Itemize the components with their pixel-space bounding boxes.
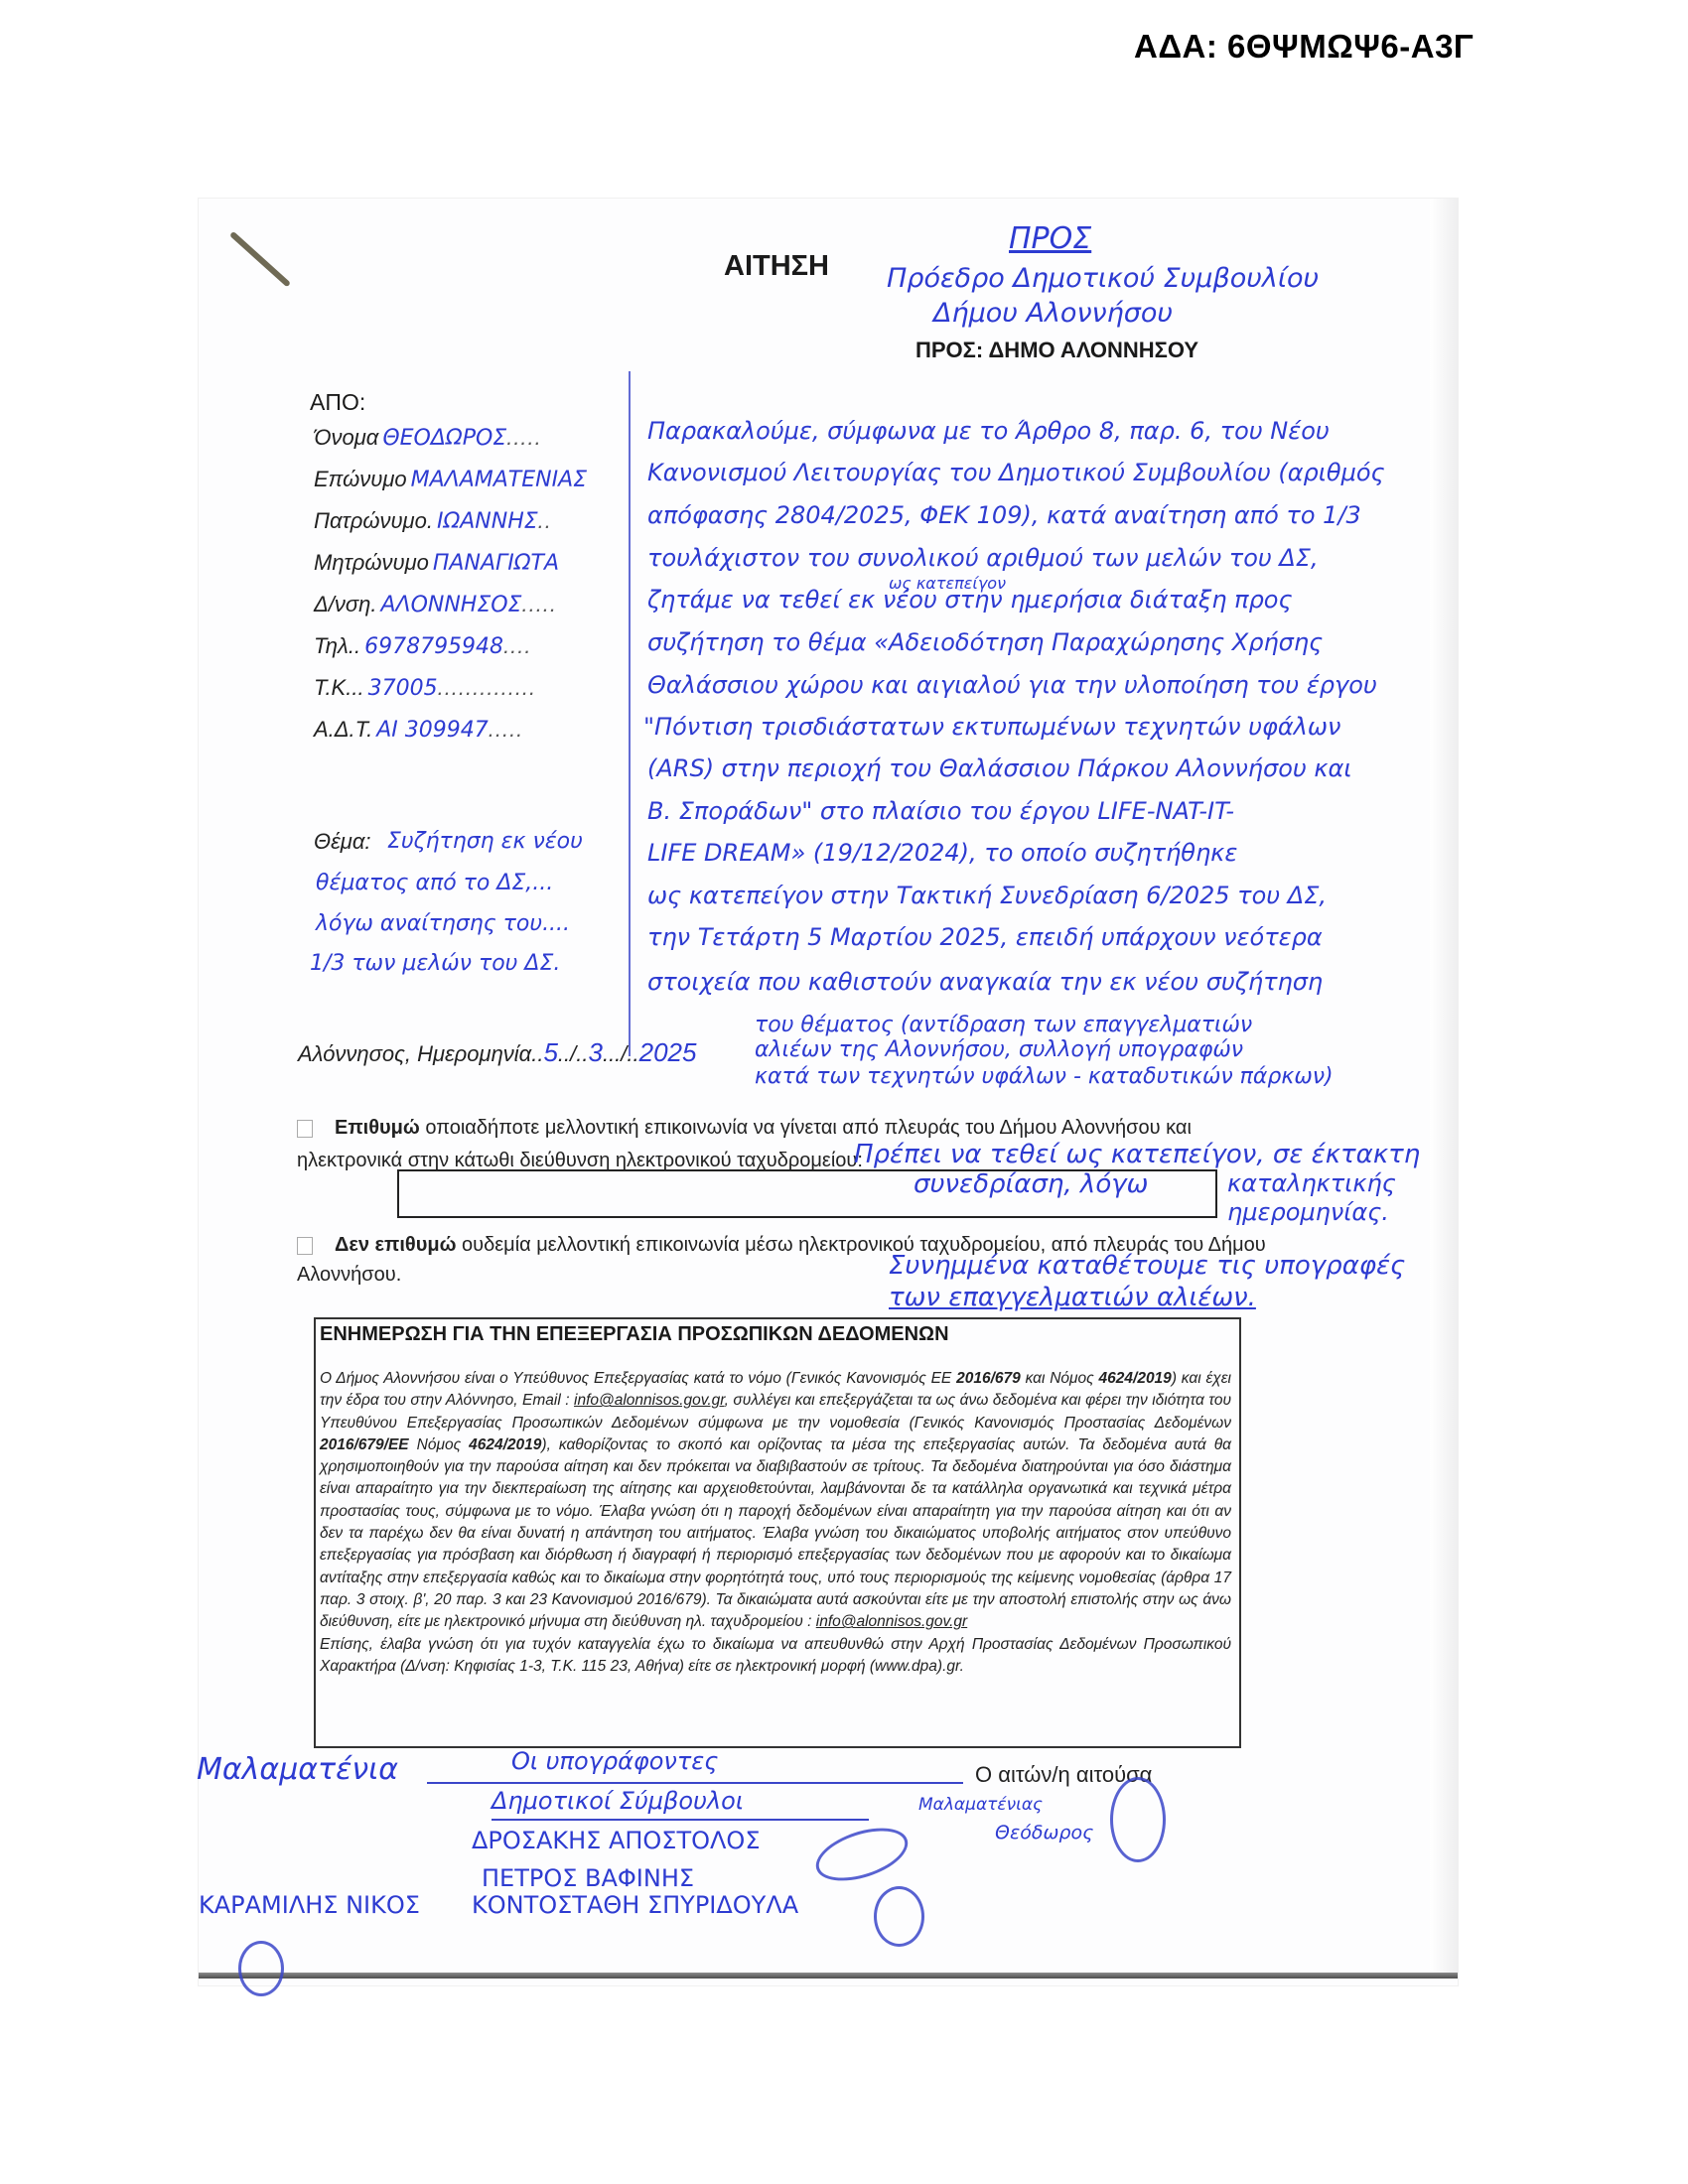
option-want-text: οποιαδήποτε μελλοντική επικοινωνία να γί… (420, 1117, 1192, 1139)
gdpr-text: Ο Δήμος Αλοννήσου είναι ο Υπεύθυνος Επεξ… (320, 1368, 1231, 1678)
applicant-field: Δ/νση.ΑΛΟΝΝΗΣΟΣ..... (314, 592, 557, 617)
signer-name: ΠΕΤΡΟΣ ΒΑΦΙΝΗΣ (482, 1864, 694, 1892)
recipient-handwritten-line: Πρόεδρο Δημοτικού Συμβουλίου (887, 263, 1319, 294)
column-divider (629, 371, 631, 1056)
option-want-bold: Επιθυμώ (335, 1117, 420, 1139)
date-day: 5 (543, 1037, 557, 1067)
option-no-email-line2: Αλοννήσου. (297, 1264, 401, 1287)
body-line: στοιχεία που καθιστούν αναγκαία την εκ ν… (647, 968, 1323, 996)
signer-signature-mark (874, 1886, 924, 1947)
applicant-field: ΌνομαΘΕΟΔΩΡΟΣ..... (314, 425, 542, 451)
signer-signature: Μαλαματένια (197, 1752, 398, 1787)
field-dots: ..... (506, 425, 542, 450)
field-value[interactable]: 37005 (368, 676, 438, 701)
from-label: ΑΠΟ: (310, 389, 365, 416)
body-insertion: ως κατεπείγον (889, 574, 1006, 593)
body-line: LIFE DREAM» (19/12/2024), το οποίο συζητ… (647, 839, 1237, 867)
applicant-signature-line: Θεόδωρος (995, 1822, 1093, 1843)
signer-name: ΔΡΟΣΑΚΗΣ ΑΠΟΣΤΟΛΟΣ (472, 1827, 760, 1854)
field-value[interactable]: ΑΛΟΝΝΗΣΟΣ (380, 593, 521, 617)
applicant-field: Τηλ..6978795948.... (314, 633, 532, 659)
field-value[interactable]: ΑΙ 309947 (376, 718, 489, 743)
body-line: (ARS) στην περιοχή του Θαλάσσιου Πάρκου … (647, 754, 1352, 782)
applicant-field: ΜητρώνυμοΠΑΝΑΓΙΩΤΑ (314, 550, 559, 576)
body-line: "Πόντιση τρισδιάστατων εκτυπωμένων τεχνη… (643, 713, 1340, 741)
subject-line: θέματος από το ΔΣ,... (316, 871, 553, 895)
field-label: Δ/νση. (314, 592, 376, 616)
signers-heading: Οι υπογράφοντες (511, 1747, 718, 1775)
side-note-line: Πρέπει να τεθεί ως κατεπείγον, σε έκτακτ… (854, 1140, 1420, 1169)
side-note-line: ημερομηνίας. (1227, 1198, 1389, 1226)
body-line: τουλάχιστον του συνολικού αριθμού των με… (647, 544, 1319, 572)
field-value[interactable]: 6978795948 (364, 634, 503, 659)
body-line: αλιέων της Αλοννήσου, συλλογή υπογραφών (755, 1037, 1243, 1062)
subject-label: Θέμα: (314, 829, 371, 855)
body-line: Β. Σποράδων" στο πλαίσιο του έργου LIFE-… (647, 797, 1234, 825)
field-label: Α.Δ.Τ. (314, 717, 372, 742)
field-value[interactable]: ΙΩΑΝΝΗΣ (437, 509, 538, 534)
recipient-printed: ΠΡΟΣ: ΔΗΜΟ ΑΛΟΝΝΗΣΟΥ (915, 338, 1198, 363)
gdpr-title: ΕΝΗΜΕΡΩΣΗ ΓΙΑ ΤΗΝ ΕΠΕΞΕΡΓΑΣΙΑ ΠΡΟΣΩΠΙΚΩΝ… (320, 1323, 949, 1346)
applicant-field: Πατρώνυμο.ΙΩΑΝΝΗΣ.. (314, 508, 552, 534)
no-email-checkbox[interactable] (297, 1237, 313, 1255)
signer-name: ΚΑΡΑΜΙΛΗΣ ΝΙΚΟΣ (199, 1891, 420, 1919)
signature-rule (492, 1819, 869, 1821)
body-line: Παρακαλούμε, σύμφωνα με το Άρθρο 8, παρ.… (647, 417, 1330, 445)
field-dots: .... (503, 633, 531, 658)
applicant-field: ΕπώνυμοΜΑΛΑΜΑΤΕΝΙΑΣ (314, 467, 587, 492)
signer-name: ΚΟΝΤΟΣΤΑΘΗ ΣΠΥΡΙΔΟΥΛΑ (472, 1891, 798, 1919)
date-month: 3 (588, 1037, 602, 1067)
date-year: 2025 (639, 1037, 697, 1067)
subject-line: Συζήτηση εκ νέου (387, 829, 583, 854)
field-label: Τ.Κ... (314, 675, 364, 700)
applicant-signature-line: Μαλαματένιας (918, 1795, 1043, 1815)
gdpr-paragraph: Επίσης, έλαβα γνώση ότι για τυχόν καταγγ… (320, 1634, 1231, 1679)
signer-signature-mark (238, 1941, 284, 1996)
form-title: ΑΙΤΗΣΗ (724, 250, 829, 283)
date-row: Αλόννησος, Ημερομηνία..5../..3.../..2025 (298, 1037, 696, 1068)
recipient-handwritten-line: Δήμου Αλοννήσου (933, 298, 1173, 329)
field-dots: ..... (489, 717, 524, 742)
body-line: απόφασης 2804/2025, ΦΕΚ 109), κατά αναίτ… (647, 501, 1361, 529)
subject-line: λόγω αναίτησης του.... (316, 911, 570, 936)
email-link[interactable]: info@alonnisos.gov.gr (816, 1613, 967, 1630)
signers-heading: Δημοτικοί Σύμβουλοι (492, 1787, 744, 1815)
applicant-field: Τ.Κ...37005.............. (314, 675, 536, 701)
page-edge (1430, 199, 1458, 1976)
side-note-line: συνεδρίαση, λόγω (914, 1169, 1148, 1199)
recipient-handwritten-heading: ΠΡΟΣ (1009, 221, 1091, 256)
subject-line: 1/3 των μελών του ΔΣ. (310, 951, 560, 976)
email-link[interactable]: info@alonnisos.gov.gr (574, 1392, 725, 1409)
field-dots: .. (538, 508, 552, 533)
ada-code: ΑΔΑ: 6ΘΨΜΩΨ6-Α3Γ (1134, 28, 1474, 66)
option-not-want-bold: Δεν επιθυμώ (335, 1234, 457, 1256)
field-label: Μητρώνυμο (314, 550, 429, 575)
field-value[interactable]: ΘΕΟΔΩΡΟΣ (382, 426, 506, 451)
applicant-field: Α.Δ.Τ.ΑΙ 309947..... (314, 717, 523, 743)
option-want-email: Επιθυμώ οποιαδήποτε μελλοντική επικοινων… (297, 1117, 1192, 1140)
field-label: Όνομα (314, 425, 378, 450)
field-label: Πατρώνυμο. (314, 508, 433, 533)
body-line: Θαλάσσιου χώρου και αιγιαλού για την υλο… (647, 671, 1377, 699)
field-label: Επώνυμο (314, 467, 407, 491)
date-label: Αλόννησος, Ημερομηνία (298, 1041, 531, 1066)
field-dots: ..... (521, 592, 557, 616)
body-line: την Τετάρτη 5 Μαρτίου 2025, επειδή υπάρχ… (647, 923, 1323, 951)
field-value[interactable]: ΜΑΛΑΜΑΤΕΝΙΑΣ (411, 468, 587, 492)
field-label: Τηλ.. (314, 633, 360, 658)
attachment-note-line: Συνημμένα καταθέτουμε τις υπογραφές (889, 1251, 1405, 1281)
field-value[interactable]: ΠΑΝΑΓΙΩΤΑ (433, 551, 559, 576)
side-note-line: καταληκτικής (1227, 1169, 1396, 1197)
signature-rule (427, 1782, 963, 1784)
body-line: του θέματος (αντίδραση των επαγγελματιών (755, 1013, 1252, 1037)
want-email-checkbox[interactable] (297, 1120, 313, 1138)
body-line: Κανονισμού Λειτουργίας του Δημοτικού Συμ… (647, 459, 1385, 486)
page-bottom-edge (199, 1973, 1458, 1979)
applicant-signature-mark (1110, 1777, 1166, 1862)
body-line: κατά των τεχνητών υφάλων - καταδυτικών π… (755, 1064, 1334, 1089)
field-dots: .............. (438, 675, 537, 700)
attachment-note-line: των επαγγελματιών αλιέων. (889, 1283, 1256, 1312)
body-line: ως κατεπείγον στην Τακτική Συνεδρίαση 6/… (647, 882, 1327, 909)
body-line: συζήτηση το θέμα «Αδειοδότηση Παραχώρηση… (647, 628, 1323, 656)
